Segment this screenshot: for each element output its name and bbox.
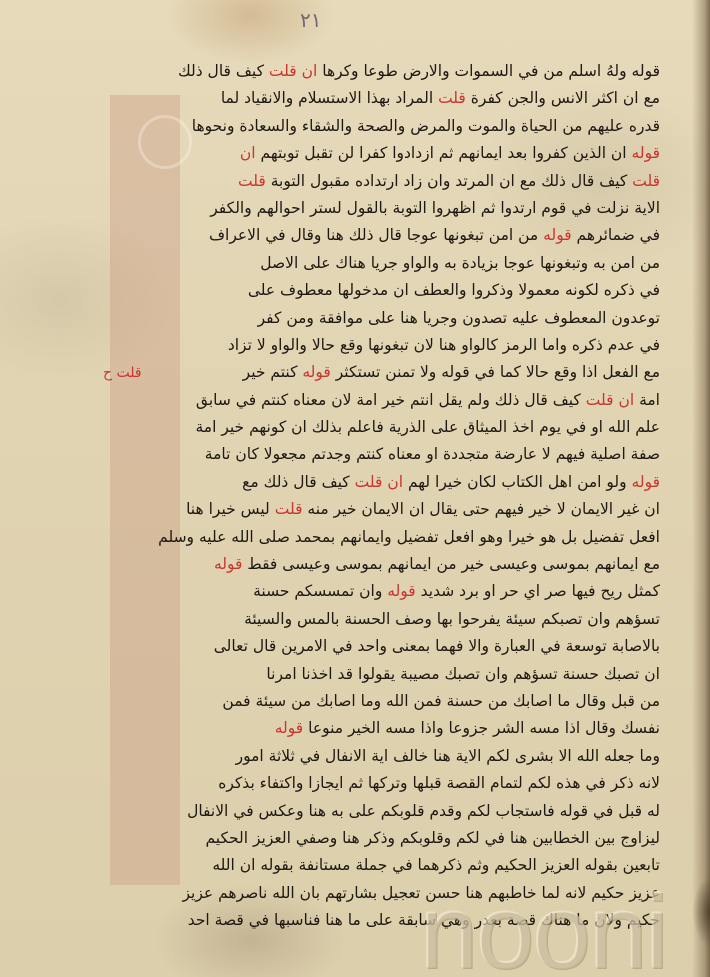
text-segment: في ضمائرهم [572,226,660,244]
text-segment: ولهُ اسلم من في السموات والارض طوعا وكره… [317,62,631,80]
text-segment: الاية نزلت في قوم ارتدوا ثم اظهروا التوب… [210,199,660,217]
text-line: في عدم ذكره واما الرمز كالواو هنا لان تب… [150,332,660,359]
text-segment: من امن به وتبغونها عوجا بزيادة به والواو… [260,254,660,272]
text-line: صفة اصلية فيهم لا عارضة متجددة او معناه … [150,441,660,468]
rubric-segment: قوله [632,144,660,162]
text-segment: وان تمسسكم حسنة [253,582,387,600]
text-line: الاية نزلت في قوم ارتدوا ثم اظهروا التوب… [150,195,660,222]
manuscript-text: قوله ولهُ اسلم من في السموات والارض طوعا… [150,58,660,935]
text-line: بالاصابة توسعة في العبارة والا فهما بمعن… [150,633,660,660]
rubric-segment: قلت [238,172,266,190]
text-segment: له قبل في قوله فاستجاب لكم وقدم قلوبكم ع… [187,802,660,820]
rubric-segment: قوله [214,555,242,573]
text-segment: كيف قال ذلك [178,62,269,80]
text-segment: ان غير الايمان لا خير فيهم حتى يقال ان ا… [302,500,660,518]
text-line: قوله ان الذين كفروا بعد ايمانهم ثم ازداد… [150,140,660,167]
text-line: من قبل وقال ما اصابك من حسنة فمن الله وم… [150,688,660,715]
page-edge [692,0,710,977]
rubric-segment: قوله [275,719,303,737]
text-line: في ضمائرهم قوله من امن تبغونها عوجا قال … [150,222,660,249]
text-segment: ليس خيرا هنا [186,500,275,518]
text-segment: وما جعله الله الا بشرى لكم الاية هنا خال… [236,747,660,765]
rubric-segment: قوله [387,582,415,600]
rubric-segment: قوله [632,473,660,491]
text-segment: امة [634,391,660,409]
text-segment: علم الله او في يوم اخذ الميثاق على الذري… [195,418,660,436]
text-segment: كيف قال ذلك ولم يقل انتم خير امة لان معن… [196,391,586,409]
edge-stain [680,867,710,957]
text-line: ان تصبك حسنة تسؤهم وان تصبك مصيبة يقولوا… [150,661,660,688]
text-line: كمثل ريح فيها صر اي حر او برد شديد قوله … [150,578,660,605]
rubric-segment: قلت [632,172,660,190]
text-segment: تسؤهم وان تصبكم سيئة يفرحوا بها وصف الحس… [244,610,660,628]
rubric-segment: قلت [275,500,303,518]
text-line: تسؤهم وان تصبكم سيئة يفرحوا بها وصف الحس… [150,606,660,633]
text-line: مع الفعل اذا وقع حالا كما في قوله ولا تم… [150,359,660,386]
text-line: افعل تفضيل بل هو خيرا وهو افعل تفضيل واي… [150,524,660,551]
text-line: ليزاوج بين الخطابين هنا في لكم وقلوبكم و… [150,825,660,852]
text-line: قدره عليهم من الحياة والموت والمرض والصح… [150,113,660,140]
text-segment: من امن تبغونها عوجا قال ذلك هنا وقال في … [209,226,543,244]
text-line: لانه ذكر في هذه لكم لتمام القصة قبلها وت… [150,770,660,797]
text-line: توعدون المعطوف عليه تصدون وجريا هنا على … [150,305,660,332]
text-segment: قدره عليهم من الحياة والموت والمرض والصح… [192,117,660,135]
text-line: قلت كيف قال ذلك مع ان المرتد وان زاد ارت… [150,168,660,195]
rubric-segment: قوله [302,363,330,381]
text-line: من امن به وتبغونها عوجا بزيادة به والواو… [150,250,660,277]
rubric-segment: ان [240,144,256,162]
rubric-segment: قوله [543,226,571,244]
text-segment: صفة اصلية فيهم لا عارضة متجددة او معناه … [205,445,660,463]
rubric-segment: ان قلت [355,473,403,491]
margin-note: قلت ح [103,365,142,381]
rubric-segment: قلت [438,89,466,107]
text-line: قوله ولهُ اسلم من في السموات والارض طوعا… [150,58,660,85]
text-segment: كنتم خير [243,363,303,381]
text-segment: تابعين بقوله العزيز الحكيم وثم ذكرهما في… [212,856,660,874]
text-segment: كيف قال ذلك مع [242,473,354,491]
text-segment: لانه ذكر في هذه لكم لتمام القصة قبلها وت… [218,774,660,792]
text-segment: في عدم ذكره واما الرمز كالواو هنا لان تب… [228,336,660,354]
text-line: مع ان اكثر الانس والجن كفرة قلت المراد ب… [150,85,660,112]
rubric-segment: ان قلت [269,62,317,80]
text-line: مع ايمانهم بموسى وعيسى خير من ايمانهم بم… [150,551,660,578]
text-segment: في ذكره لكونه معمولا وذكروا والعطف ان مد… [248,281,660,299]
text-segment: بالاصابة توسعة في العبارة والا فهما بمعن… [214,637,660,655]
text-segment: قوله [632,62,660,80]
text-line: امة ان قلت كيف قال ذلك ولم يقل انتم خير … [150,387,660,414]
text-segment: توعدون المعطوف عليه تصدون وجريا هنا على … [258,309,660,327]
text-segment: كيف قال ذلك مع ان المرتد وان زاد ارتداده… [266,172,632,190]
text-segment: المراد بهذا الاستسلام والانقياد لما [221,89,438,107]
text-line: ان غير الايمان لا خير فيهم حتى يقال ان ا… [150,496,660,523]
text-segment: نفسك وقال اذا مسه الشر جزوعا واذا مسه ال… [303,719,660,737]
text-segment: ان الذين كفروا بعد ايمانهم ثم ازدادوا كف… [256,144,632,162]
text-segment: ان تصبك حسنة تسؤهم وان تصبك مصيبة يقولوا… [266,665,660,683]
page-number: ٢١ [300,8,321,32]
watermark: nooni [420,880,667,977]
text-line: قوله ولو امن اهل الكتاب لكان خيرا لهم ان… [150,469,660,496]
text-segment: مع الفعل اذا وقع حالا كما في قوله ولا تم… [331,363,660,381]
rubric-segment: ان قلت [586,391,634,409]
text-segment: مع ان اكثر الانس والجن كفرة [466,89,660,107]
text-segment: مع ايمانهم بموسى وعيسى خير من ايمانهم بم… [242,555,660,573]
text-line: وما جعله الله الا بشرى لكم الاية هنا خال… [150,743,660,770]
text-segment: افعل تفضيل بل هو خيرا وهو افعل تفضيل واي… [158,528,660,546]
text-segment: من قبل وقال ما اصابك من حسنة فمن الله وم… [222,692,660,710]
text-segment: كمثل ريح فيها صر اي حر او برد شديد [416,582,660,600]
text-segment: ليزاوج بين الخطابين هنا في لكم وقلوبكم و… [205,829,660,847]
text-line: علم الله او في يوم اخذ الميثاق على الذري… [150,414,660,441]
text-line: في ذكره لكونه معمولا وذكروا والعطف ان مد… [150,277,660,304]
text-line: له قبل في قوله فاستجاب لكم وقدم قلوبكم ع… [150,798,660,825]
text-segment: ولو امن اهل الكتاب لكان خيرا لهم [403,473,632,491]
text-line: نفسك وقال اذا مسه الشر جزوعا واذا مسه ال… [150,715,660,742]
